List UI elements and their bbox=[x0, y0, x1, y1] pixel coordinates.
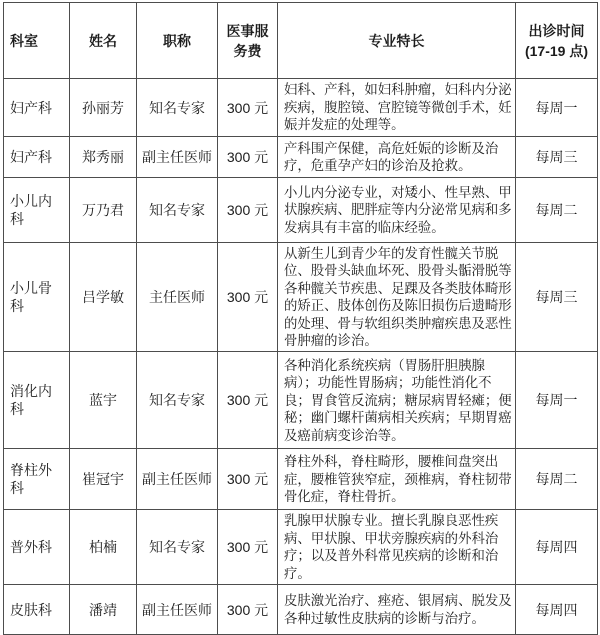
cell-title: 知名专家 bbox=[137, 352, 218, 449]
cell-title: 知名专家 bbox=[137, 79, 218, 137]
cell-title: 知名专家 bbox=[137, 178, 218, 243]
cell-schedule: 每周二 bbox=[516, 449, 598, 510]
cell-specialty: 从新生儿到青少年的发育性髋关节脱位、股骨头缺血坏死、股骨头骺滑脱等各种髋关节疾患… bbox=[278, 243, 516, 352]
cell-title: 主任医师 bbox=[137, 243, 218, 352]
cell-department: 消化内科 bbox=[4, 352, 70, 449]
cell-title: 知名专家 bbox=[137, 510, 218, 585]
cell-department: 妇产科 bbox=[4, 79, 70, 137]
cell-department: 妇产科 bbox=[4, 137, 70, 178]
cell-schedule: 每周一 bbox=[516, 79, 598, 137]
cell-specialty: 小儿内分泌专业，对矮小、性早熟、甲状腺疾病、肥胖症等内分泌常见病和多发病具有丰富… bbox=[278, 178, 516, 243]
cell-department: 普外科 bbox=[4, 510, 70, 585]
header-schedule: 出诊时间 (17-19 点) bbox=[516, 3, 598, 79]
cell-department: 小儿内科 bbox=[4, 178, 70, 243]
cell-schedule: 每周一 bbox=[516, 352, 598, 449]
cell-department: 脊柱外科 bbox=[4, 449, 70, 510]
cell-doctor-name: 潘靖 bbox=[70, 585, 137, 635]
cell-schedule: 每周四 bbox=[516, 510, 598, 585]
cell-schedule: 每周三 bbox=[516, 243, 598, 352]
cell-specialty: 各种消化系统疾病（胃肠肝胆胰腺病）；功能性胃肠病；功能性消化不良；胃食管反流病；… bbox=[278, 352, 516, 449]
table-row: 普外科 柏楠 知名专家 300 元 乳腺甲状腺专业。擅长乳腺良恶性疾病、甲状腺、… bbox=[4, 510, 598, 585]
cell-specialty: 妇科、产科，如妇科肿瘤，妇科内分泌疾病，腹腔镜、宫腔镜等微创手术，妊娠并发症的处… bbox=[278, 79, 516, 137]
cell-fee: 300 元 bbox=[218, 510, 278, 585]
cell-title: 副主任医师 bbox=[137, 137, 218, 178]
table-row: 小儿骨科 吕学敏 主任医师 300 元 从新生儿到青少年的发育性髋关节脱位、股骨… bbox=[4, 243, 598, 352]
header-schedule-line2: (17-19 点) bbox=[520, 41, 593, 61]
header-department: 科室 bbox=[4, 3, 70, 79]
cell-doctor-name: 吕学敏 bbox=[70, 243, 137, 352]
cell-title: 副主任医师 bbox=[137, 449, 218, 510]
cell-doctor-name: 万乃君 bbox=[70, 178, 137, 243]
cell-specialty: 皮肤激光治疗、痤疮、银屑病、脱发及各种过敏性皮肤病的诊断与治疗。 bbox=[278, 585, 516, 635]
cell-fee: 300 元 bbox=[218, 79, 278, 137]
cell-schedule: 每周三 bbox=[516, 137, 598, 178]
cell-doctor-name: 孙丽芳 bbox=[70, 79, 137, 137]
cell-title: 副主任医师 bbox=[137, 585, 218, 635]
cell-fee: 300 元 bbox=[218, 352, 278, 449]
doctor-schedule-table: 科室 姓名 职称 医事服务费 专业特长 出诊时间 (17-19 点) 妇产科 孙… bbox=[3, 2, 598, 635]
cell-schedule: 每周四 bbox=[516, 585, 598, 635]
cell-schedule: 每周二 bbox=[516, 178, 598, 243]
cell-fee: 300 元 bbox=[218, 449, 278, 510]
cell-specialty: 脊柱外科，脊柱畸形，腰椎间盘突出症，腰椎管狭窄症，颈椎病，脊柱韧带骨化症，脊柱骨… bbox=[278, 449, 516, 510]
table-row: 妇产科 郑秀丽 副主任医师 300 元 产科围产保健，高危妊娠的诊断及治疗，危重… bbox=[4, 137, 598, 178]
cell-fee: 300 元 bbox=[218, 137, 278, 178]
table-row: 妇产科 孙丽芳 知名专家 300 元 妇科、产科，如妇科肿瘤，妇科内分泌疾病，腹… bbox=[4, 79, 598, 137]
header-schedule-line1: 出诊时间 bbox=[520, 21, 593, 41]
cell-doctor-name: 郑秀丽 bbox=[70, 137, 137, 178]
cell-fee: 300 元 bbox=[218, 243, 278, 352]
cell-fee: 300 元 bbox=[218, 178, 278, 243]
table-row: 脊柱外科 崔冠宇 副主任医师 300 元 脊柱外科，脊柱畸形，腰椎间盘突出症，腰… bbox=[4, 449, 598, 510]
table-header-row: 科室 姓名 职称 医事服务费 专业特长 出诊时间 (17-19 点) bbox=[4, 3, 598, 79]
table-row: 皮肤科 潘靖 副主任医师 300 元 皮肤激光治疗、痤疮、银屑病、脱发及各种过敏… bbox=[4, 585, 598, 635]
cell-department: 小儿骨科 bbox=[4, 243, 70, 352]
cell-specialty: 产科围产保健，高危妊娠的诊断及治疗，危重孕产妇的诊治及抢救。 bbox=[278, 137, 516, 178]
header-doctor-name: 姓名 bbox=[70, 3, 137, 79]
cell-doctor-name: 蓝宇 bbox=[70, 352, 137, 449]
header-title: 职称 bbox=[137, 3, 218, 79]
table-row: 小儿内科 万乃君 知名专家 300 元 小儿内分泌专业，对矮小、性早熟、甲状腺疾… bbox=[4, 178, 598, 243]
table-row: 消化内科 蓝宇 知名专家 300 元 各种消化系统疾病（胃肠肝胆胰腺病）；功能性… bbox=[4, 352, 598, 449]
cell-department: 皮肤科 bbox=[4, 585, 70, 635]
header-specialty: 专业特长 bbox=[278, 3, 516, 79]
cell-doctor-name: 崔冠宇 bbox=[70, 449, 137, 510]
cell-doctor-name: 柏楠 bbox=[70, 510, 137, 585]
cell-specialty: 乳腺甲状腺专业。擅长乳腺良恶性疾病、甲状腺、甲状旁腺疾病的外科治疗；以及普外科常… bbox=[278, 510, 516, 585]
header-fee: 医事服务费 bbox=[218, 3, 278, 79]
cell-fee: 300 元 bbox=[218, 585, 278, 635]
